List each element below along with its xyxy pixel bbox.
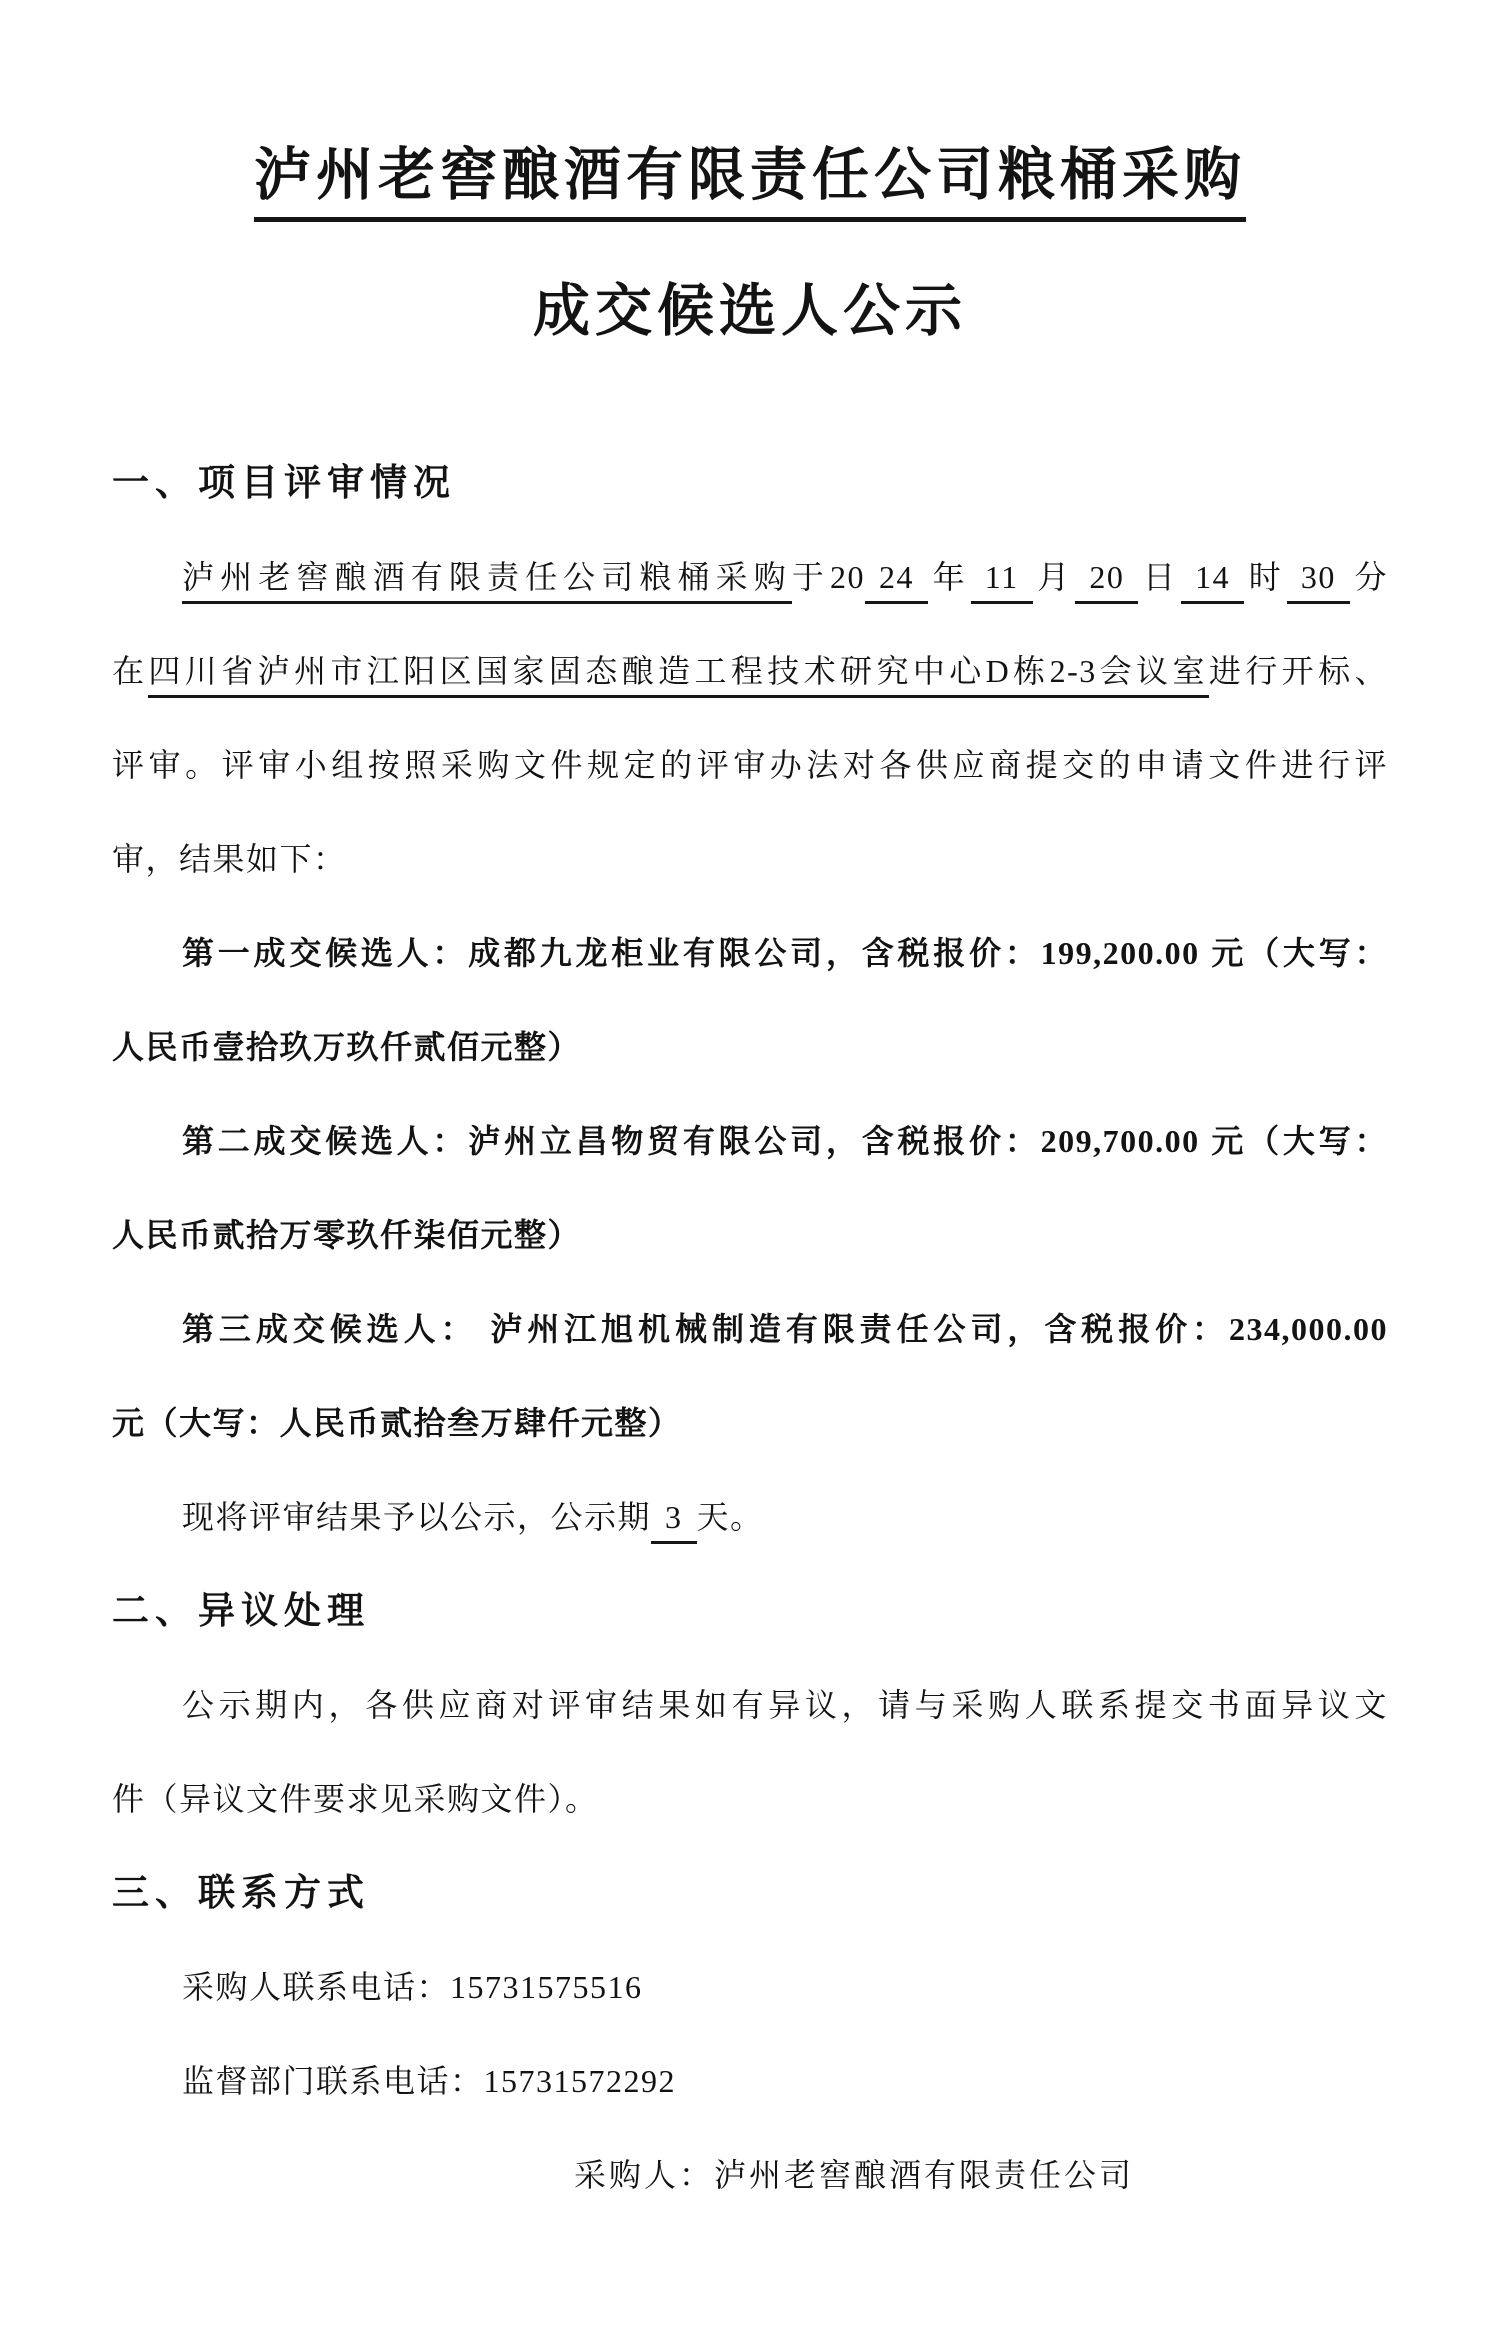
- buyer-signature-line: 采购人：泸州老窖酿酒有限责任公司: [112, 2128, 1388, 2222]
- minute-blank: 30: [1287, 559, 1350, 604]
- minute-unit: 分: [1350, 559, 1388, 595]
- publicity-pre: 现将评审结果予以公示，公示期: [182, 1499, 651, 1535]
- section3-heading: 三、联系方式: [112, 1846, 1388, 1940]
- year-unit: 年: [928, 559, 971, 595]
- project-name-underlined: 泸州老窖酿酒有限责任公司粮桶采购: [182, 559, 792, 604]
- venue-underlined: 四川省泸州市江阳区国家固态酿造工程技术研究中心D栋2-3会议室: [148, 653, 1208, 698]
- document-title-line2: 成交候选人公示: [112, 244, 1388, 380]
- month-blank: 11: [971, 559, 1033, 604]
- hour-unit: 时: [1244, 559, 1287, 595]
- document-title-line1-text: 泸州老窖酿酒有限责任公司粮桶采购: [254, 144, 1246, 222]
- candidate1-line1: 第一成交候选人：成都九龙柜业有限公司，含税报价：199,200.00 元（大写：: [112, 906, 1388, 1000]
- document-title-line1: 泸州老窖酿酒有限责任公司粮桶采购: [112, 108, 1388, 244]
- para1-line3: 评审。评审小组按照采购文件规定的评审办法对各供应商提交的申请文件进行评: [112, 718, 1388, 812]
- publicity-period-line: 现将评审结果予以公示，公示期3天。: [112, 1470, 1388, 1564]
- venue-prefix: 在: [112, 653, 148, 689]
- section2-heading: 二、异议处理: [112, 1564, 1388, 1658]
- candidate2-line1: 第二成交候选人：泸州立昌物贸有限公司，含税报价：209,700.00 元（大写：: [112, 1094, 1388, 1188]
- candidate3-line1: 第三成交候选人： 泸州江旭机械制造有限责任公司，含税报价：234,000.00: [112, 1282, 1388, 1376]
- candidate3-line2: 元（大写：人民币贰拾叁万肆仟元整）: [112, 1376, 1388, 1470]
- section2-line1: 公示期内，各供应商对评审结果如有异议，请与采购人联系提交书面异议文: [112, 1658, 1388, 1752]
- month-unit: 月: [1033, 559, 1076, 595]
- hour-blank: 14: [1181, 559, 1244, 604]
- publicity-post: 天。: [697, 1499, 764, 1535]
- scanned-document-page: 泸州老窖酿酒有限责任公司粮桶采购 成交候选人公示 一、项目评审情况 泸州老窖酿酒…: [0, 0, 1500, 2340]
- candidate1-line2: 人民币壹拾玖万玖仟贰佰元整）: [112, 1000, 1388, 1094]
- section2-line2: 件（异议文件要求见采购文件）。: [112, 1752, 1388, 1846]
- candidate2-line2: 人民币贰拾万零玖仟柒佰元整）: [112, 1188, 1388, 1282]
- venue-suffix: 进行开标、: [1209, 653, 1388, 689]
- para1-line1-date: 泸州老窖酿酒有限责任公司粮桶采购于2024年11月20日14时30分: [112, 530, 1388, 624]
- date-prefix: 于20: [792, 559, 865, 595]
- supervisor-phone-line: 监督部门联系电话：15731572292: [112, 2034, 1388, 2128]
- buyer-phone-line: 采购人联系电话：15731575516: [112, 1940, 1388, 2034]
- publicity-days-blank: 3: [651, 1499, 697, 1544]
- para1-line4: 审，结果如下：: [112, 812, 1388, 906]
- day-unit: 日: [1138, 559, 1181, 595]
- section1-heading: 一、项目评审情况: [112, 436, 1388, 530]
- year-blank: 24: [865, 559, 928, 604]
- para1-line2-venue: 在四川省泸州市江阳区国家固态酿造工程技术研究中心D栋2-3会议室进行开标、: [112, 624, 1388, 718]
- day-blank: 20: [1075, 559, 1138, 604]
